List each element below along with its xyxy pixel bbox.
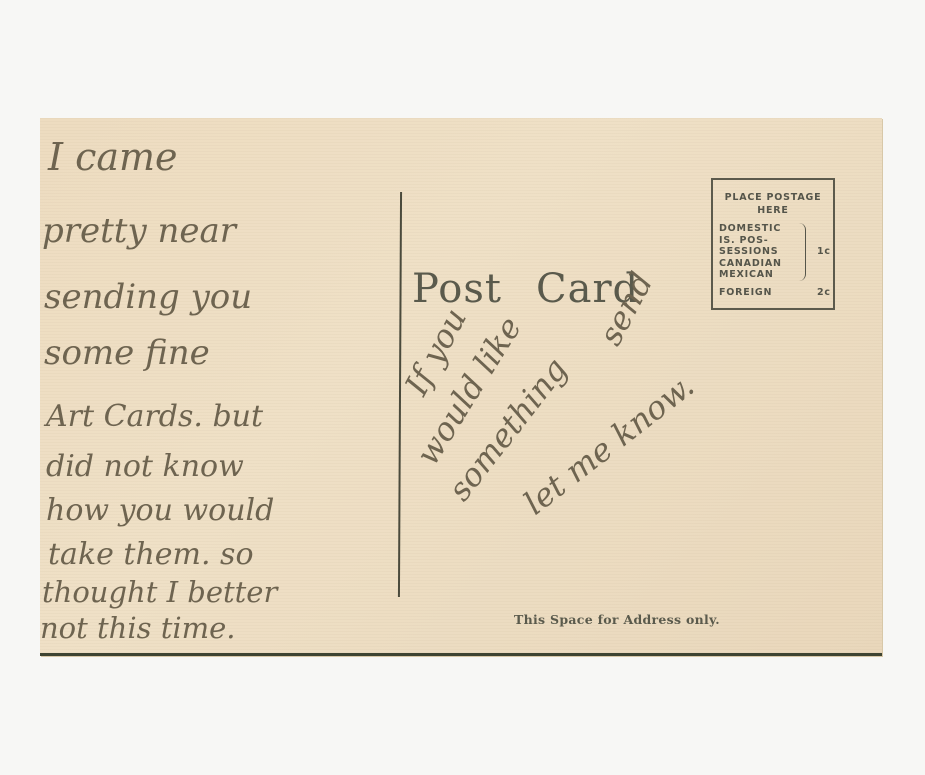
center-divider-line <box>398 192 402 597</box>
place-postage-box: PLACE POSTAGE HERE DOMESTIC IS. POS- SES… <box>711 178 835 310</box>
postcard-back: I came pretty near sending you some fine… <box>40 118 882 656</box>
hw-line: thought I better <box>42 578 277 607</box>
rate-line: SESSIONS <box>719 246 833 258</box>
hw-line: I came <box>48 138 178 176</box>
domestic-rates: DOMESTIC IS. POS- SESSIONS CANADIAN MEXI… <box>719 223 833 281</box>
address-space-note: This Space for Address only. <box>514 612 720 627</box>
brace-icon <box>799 223 806 281</box>
rate-line: CANADIAN <box>719 258 833 270</box>
foreign-rate: FOREIGN 2c <box>719 287 833 298</box>
hw-line: how you would <box>46 496 274 526</box>
stamp-heading-2: HERE <box>713 204 833 217</box>
foreign-price: 2c <box>817 287 831 298</box>
hw-line: some fine <box>44 336 210 370</box>
rate-line: DOMESTIC <box>719 223 833 235</box>
foreign-label: FOREIGN <box>719 287 772 298</box>
rate-line: IS. POS- <box>719 235 833 247</box>
hw-line: pretty near <box>42 214 236 248</box>
hw-line: take them. so <box>48 540 254 570</box>
hw-line: sending you <box>44 280 252 314</box>
rate-line: MEXICAN <box>719 269 833 281</box>
title-post: Post <box>412 266 502 312</box>
domestic-price: 1c <box>817 246 831 258</box>
hw-line: Art Cards. but <box>46 402 263 432</box>
hw-line: did not know <box>46 452 244 482</box>
hw-line: not this time. <box>40 614 236 643</box>
stamp-heading-1: PLACE POSTAGE <box>713 191 833 204</box>
